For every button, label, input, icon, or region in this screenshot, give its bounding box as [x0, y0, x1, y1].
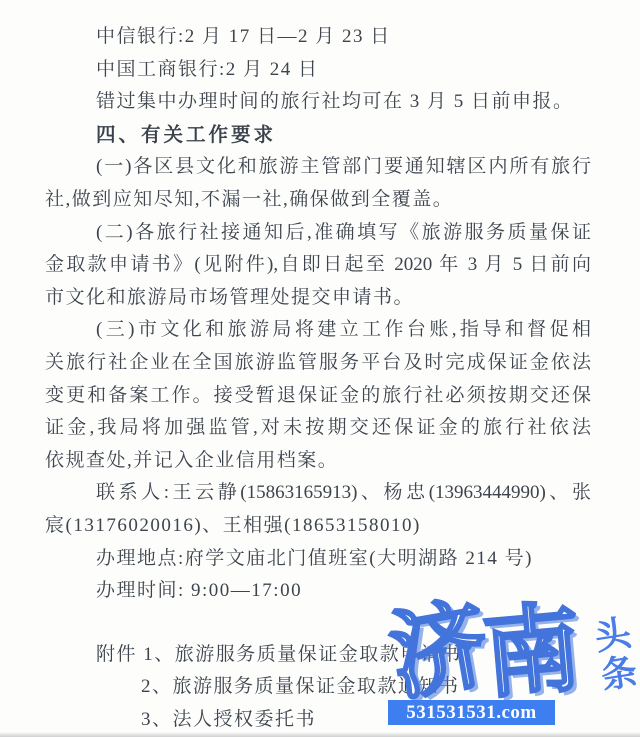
- office-hours: 办理时间: 9:00—17:00: [45, 575, 591, 608]
- para1-line2: 社,做到应知尽知,不漏一社,确保做到全覆盖。: [45, 184, 591, 217]
- section-gap: [45, 608, 591, 639]
- para3-line5: 依规查处,并记入企业信用档案。: [45, 445, 591, 478]
- attachment-2: 2、旅游服务质量保证金取款通知书: [45, 671, 591, 704]
- line-missed-deadline: 错过集中办理时间的旅行社均可在 3 月 5 日前申报。: [45, 86, 591, 119]
- document-body: 中信银行:2 月 17 日—2 月 23 日 中国工商银行:2 月 24 日 错…: [45, 21, 591, 736]
- para2-line1: (二)各旅行社接通知后,准确填写《旅游服务质量保证: [45, 217, 591, 250]
- para2-line3: 市文化和旅游局市场管理处提交申请书。: [45, 282, 591, 315]
- watermark-char-tou: 头: [592, 614, 634, 658]
- para3-line4: 证金,我局将加强监管,对未按期交还保证金的旅行社依法: [45, 412, 591, 445]
- line-bank-citic: 中信银行:2 月 17 日—2 月 23 日: [45, 21, 591, 54]
- para1-line1: (一)各区县文化和旅游主管部门要通知辖区内所有旅行: [45, 151, 591, 184]
- scanned-document-page: 中信银行:2 月 17 日—2 月 23 日 中国工商银行:2 月 24 日 错…: [0, 0, 640, 737]
- contacts-line2: 宸(13176020016)、王相强(18653158010): [45, 510, 591, 543]
- para2-line2: 金取款申请书》(见附件),自即日起至 2020 年 3 月 5 日前向: [45, 249, 591, 282]
- scan-bottom-shadow: [0, 732, 640, 737]
- line-bank-icbc: 中国工商银行:2 月 24 日: [45, 54, 591, 87]
- attachment-1: 附件 1、旅游服务质量保证金取款申请书: [45, 639, 591, 672]
- para3-line2: 关旅行社企业在全国旅游监管服务平台及时完成保证金依法: [45, 347, 591, 380]
- para3-line3: 变更和备案工作。接受暂退保证金的旅行社必须按期交还保: [45, 380, 591, 413]
- contacts-line1: 联系人:王云静(15863165913)、杨忠(13963444990)、张: [45, 477, 591, 510]
- section-heading-4: 四、有关工作要求: [45, 119, 591, 152]
- office-address: 办理地点:府学文庙北门值班室(大明湖路 214 号): [45, 543, 591, 576]
- para3-line1: (三)市文化和旅游局将建立工作台账,指导和督促相: [45, 314, 591, 347]
- watermark-toutiao: 头 条: [587, 613, 640, 709]
- watermark-char-tiao: 条: [598, 652, 640, 696]
